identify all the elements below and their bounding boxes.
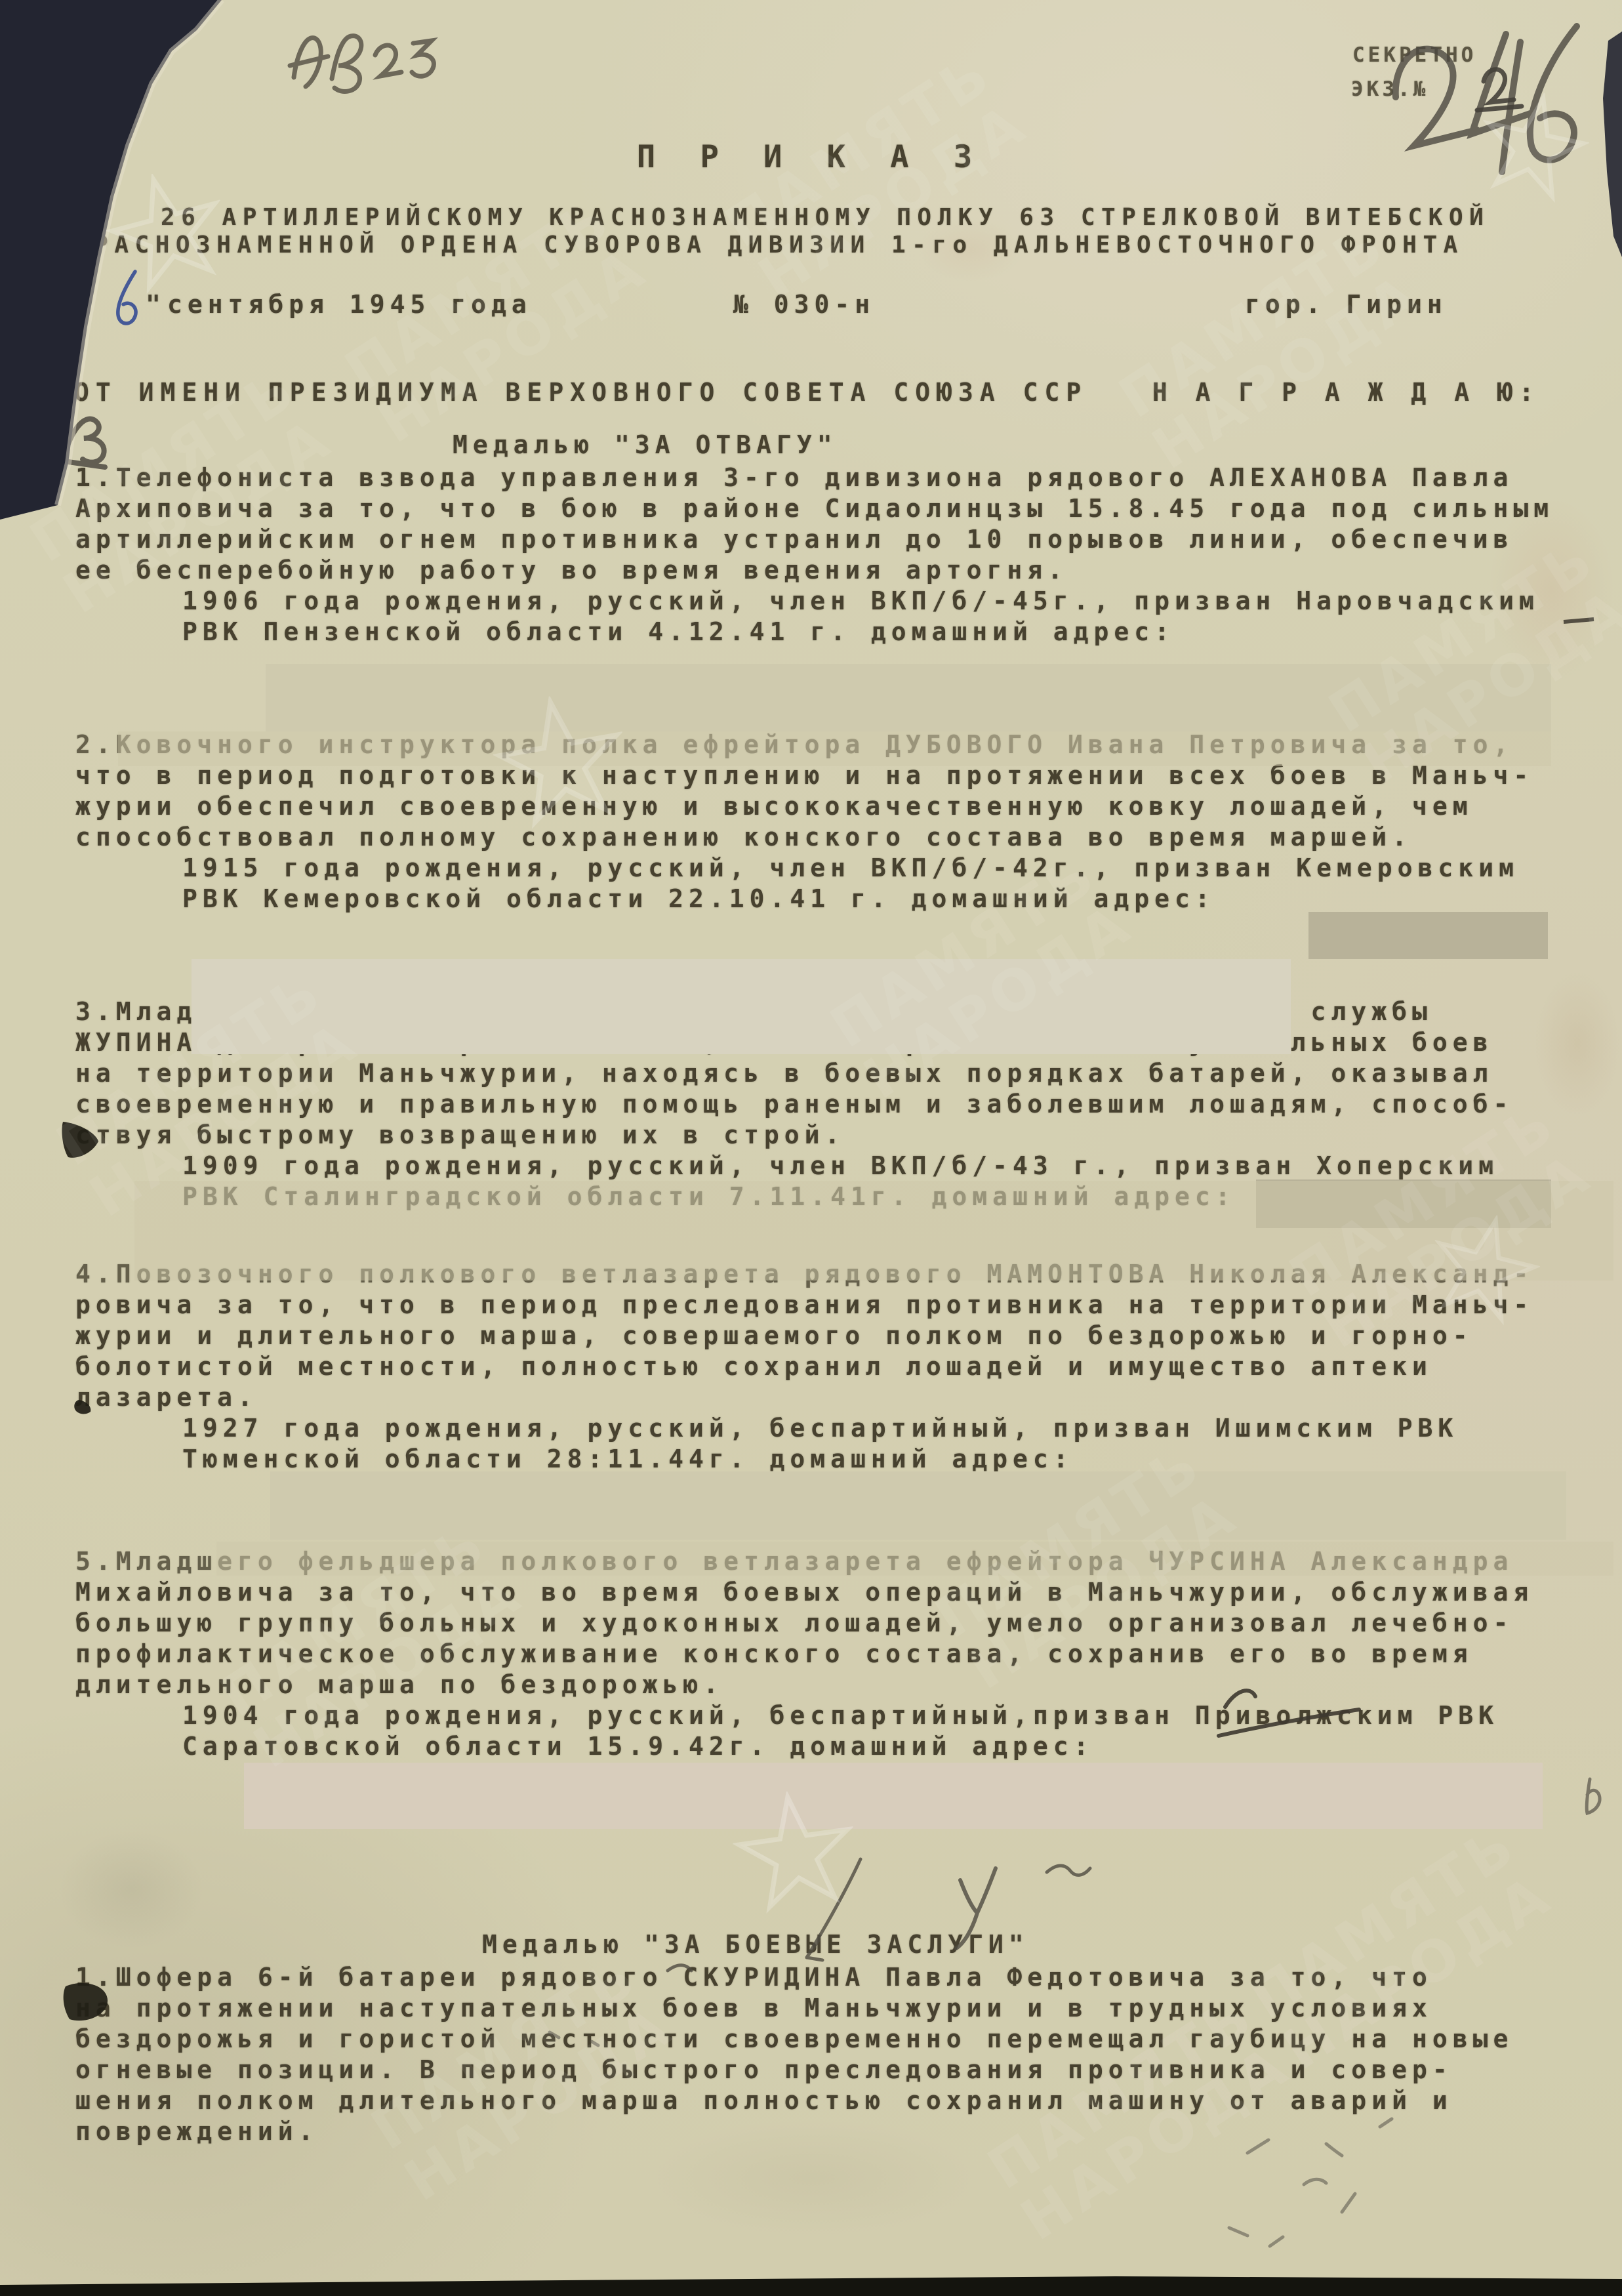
margin-scrawl [66,419,105,467]
bottom-edge-strip [0,2276,1622,2296]
paper-stain [59,1830,203,1948]
page-title: П Р И К А З [0,139,1622,175]
date-text: сентября 1945 года [167,289,532,320]
place-name: гор. Гирин [1245,289,1448,320]
entry-data-line: РВК Пензенской области 4.12.41 г. домашн… [75,617,1554,647]
redaction-box [192,959,1291,1054]
redaction-box [270,1471,1566,1540]
redaction-fade [118,731,1551,766]
entry-line: Архиповича за то, что в бою в районе Сид… [75,493,1554,524]
entry-data-line: 1927 года рождения, русский, беспартийны… [75,1413,1533,1444]
entry-line: журии и длительного марша, совершаемого … [75,1321,1533,1351]
date-day-handwritten [118,272,136,323]
addressee-line: 26 АРТИЛЛЕРИЙСКОМУ КРАСНОЗНАМЕННОМУ ПОЛК… [161,204,1490,231]
entry-line: Михайловича за то, что во время боевых о… [75,1577,1533,1608]
entry-data-line: РВК Кемеровской области 22.10.41 г. дома… [75,884,1533,914]
entry-line: 1.Телефониста взвода управления 3-го див… [75,462,1554,493]
scanned-order-page: СЕКРЕТНО ЭКЗ.№ П Р И К А З 26 АРТИЛЛЕРИЙ… [0,0,1622,2296]
award-entry: 1.Телефониста взвода управления 3-го див… [75,462,1554,647]
redaction-box [266,664,1551,731]
redaction-box [244,1763,1543,1829]
entry-data-line: 1915 года рождения, русский, член ВКП/б/… [75,853,1533,884]
secrecy-stamp-line2: ЭКЗ.№ [1351,77,1429,101]
entry-line: ровича за то, что в период преследования… [75,1290,1533,1321]
secrecy-stamp-line1: СЕКРЕТНО [1352,43,1476,67]
order-number: № 030-н [733,289,875,320]
entry-line: лазарета. [75,1382,1533,1413]
entry-line: способствовал полному сохранению конског… [75,822,1533,853]
addressee-line: КРАСНОЗНАМЕННОЙ ОРДЕНА СУВОРОВА ДИВИЗИИ … [73,232,1464,258]
entry-line: болотистой местности, полностью сохранил… [75,1351,1533,1382]
redaction-edge-dash [1564,619,1594,622]
entry-data-line: 1904 года рождения, русский, беспартийны… [75,1700,1533,1731]
pencil-note-scrawl [290,36,434,92]
entry-line: на протяжении наступательных боев в Мань… [75,1993,1513,2024]
entry-line: на территории Маньчжурии, находясь в бое… [75,1058,1513,1089]
entry-line: большую группу больных и худоконных лоша… [75,1608,1533,1639]
entry-line: ее бесперебойную работу во время ведения… [75,555,1554,586]
entry-line: длительного марша по бездорожью. [75,1670,1533,1700]
entry-line: профилактическое обслуживание конского с… [75,1639,1533,1670]
redaction-fade [134,1181,1613,1281]
entry-data-line: Тюменской области 28:11.44г. домашний ад… [75,1444,1533,1475]
award-entry: 1.Шофера 6-й батареи рядового СКУРИДИНА … [75,1962,1513,2147]
entry-line: 1.Шофера 6-й батареи рядового СКУРИДИНА … [75,1962,1513,1993]
award-entry: 4.Повозочного полкового ветлазарета рядо… [75,1259,1533,1475]
star-watermark [95,159,239,303]
entry-line: журии обеспечил своевременную и высокока… [75,791,1533,822]
date-quote-open: " [75,289,96,320]
entry-line: повреждений. [75,2116,1513,2147]
paper-stain [1535,971,1620,1115]
preamble: ОТ ИМЕНИ ПРЕЗИДИУМА ВЕРХОВНОГО СОВЕТА СО… [74,377,1541,408]
entry-data-line: 1909 года рождения, русский, член ВКП/б/… [75,1151,1513,1181]
entry-data-line: Саратовской области 15.9.42г. домашний а… [75,1731,1533,1762]
medal-section-heading: Медалью "ЗА БОЕВЫЕ ЗАСЛУГИ" [482,1929,1029,1960]
redaction-fade [216,1542,1613,1576]
entry-data-line: 1906 года рождения, русский, член ВКП/б/… [75,586,1554,617]
copy-number-handwritten [1477,70,1522,110]
page-side-mark [1587,1779,1600,1813]
entry-line: ствуя быстрому возвращению их в строй. [75,1120,1513,1151]
entry-line: шения полком длительного марша полностью… [75,2085,1513,2116]
entry-line: артиллерийским огнем противника устранил… [75,524,1554,555]
medal-section-heading: Медалью "ЗА ОТВАГУ" [453,430,838,461]
entry-line: огневые позиции. В период быстрого пресл… [75,2055,1513,2085]
award-entry: 5.Младшего фельдшера полкового ветлазаре… [75,1546,1533,1762]
redaction-box [1308,912,1548,959]
entry-line: бездорожья и гористой местности своеврем… [75,2024,1513,2055]
torn-corner [0,0,222,520]
entry-line: своевременную и правильную помощь ранены… [75,1089,1513,1120]
date-quote-close: " [146,289,166,320]
